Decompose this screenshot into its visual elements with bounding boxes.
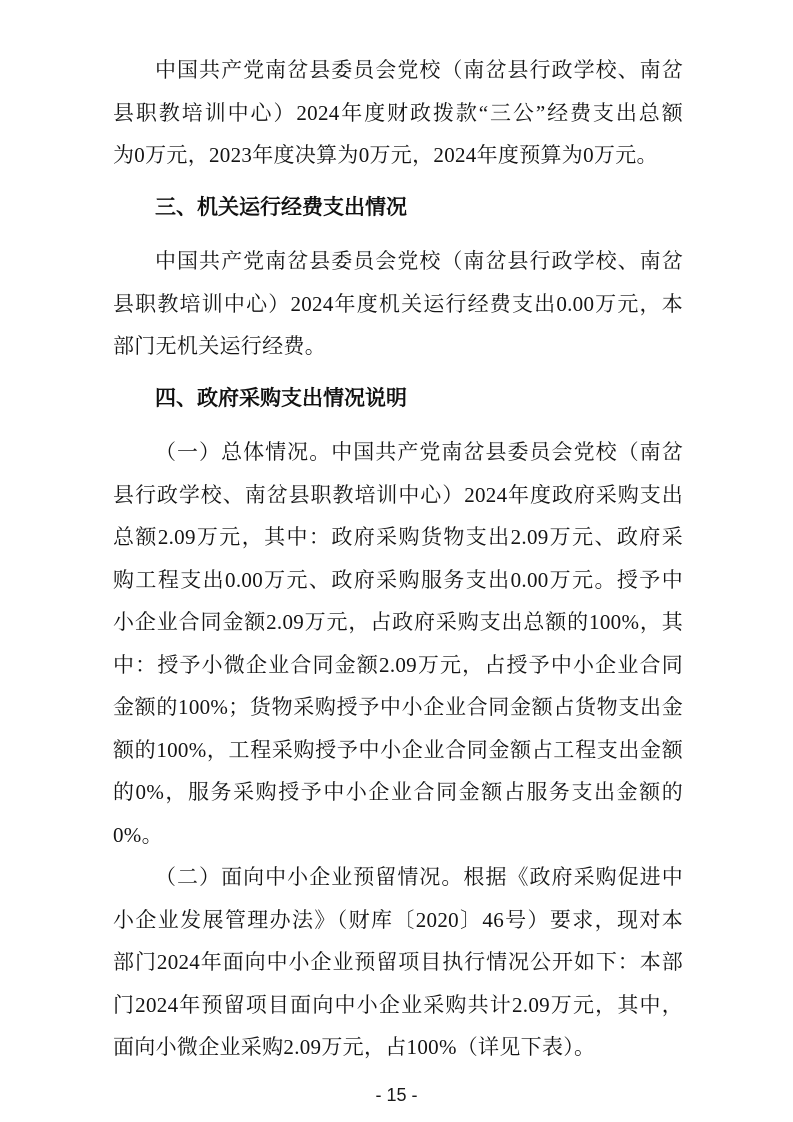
- text-line: 县职教培训中心）2024年度财政拨款“三公”经费支出总额: [113, 92, 683, 135]
- text-line: 中：授予小微企业合同金额2.09万元，占授予中小企业合同: [113, 644, 683, 687]
- text-line: 县职教培训中心）2024年度机关运行经费支出0.00万元，本: [113, 283, 683, 326]
- text-line: 部门无机关运行经费。: [113, 325, 683, 368]
- text-line: 金额的100%；货物采购授予中小企业合同金额占货物支出金: [113, 686, 683, 729]
- document-content: 中国共产党南岔县委员会党校（南岔县行政学校、南岔 县职教培训中心）2024年度财…: [0, 0, 793, 1069]
- text-line: 小企业合同金额2.09万元，占政府采购支出总额的100%，其: [113, 601, 683, 644]
- paragraph-sme-reserve: （二）面向中小企业预留情况。根据《政府采购促进中 小企业发展管理办法》（财库〔2…: [113, 856, 683, 1069]
- text-line: 额的100%，工程采购授予中小企业合同金额占工程支出金额: [113, 729, 683, 772]
- text-line: 总额2.09万元，其中：政府采购货物支出2.09万元、政府采: [113, 516, 683, 559]
- section-heading-3-operating-expenses: 三、机关运行经费支出情况: [113, 187, 683, 230]
- text-line: 购工程支出0.00万元、政府采购服务支出0.00万元。授予中: [113, 559, 683, 602]
- text-line: 的0%，服务采购授予中小企业合同金额占服务支出金额的: [113, 771, 683, 814]
- paragraph-sangong-expenses: 中国共产党南岔县委员会党校（南岔县行政学校、南岔 县职教培训中心）2024年度财…: [113, 49, 683, 177]
- text-line: 面向小微企业采购2.09万元，占100%（详见下表）。: [113, 1026, 683, 1069]
- text-line: 中国共产党南岔县委员会党校（南岔县行政学校、南岔: [113, 49, 683, 92]
- text-line: 0%。: [113, 814, 683, 857]
- text-line: 部门2024年面向中小企业预留项目执行情况公开如下：本部: [113, 941, 683, 984]
- text-line: （二）面向中小企业预留情况。根据《政府采购促进中: [113, 856, 683, 899]
- document-page: 中国共产党南岔县委员会党校（南岔县行政学校、南岔 县职教培训中心）2024年度财…: [0, 0, 793, 1122]
- paragraph-operating-expenses: 中国共产党南岔县委员会党校（南岔县行政学校、南岔 县职教培训中心）2024年度机…: [113, 240, 683, 368]
- text-line: （一）总体情况。中国共产党南岔县委员会党校（南岔: [113, 431, 683, 474]
- text-line: 县行政学校、南岔县职教培训中心）2024年度政府采购支出: [113, 474, 683, 517]
- text-line: 小企业发展管理办法》（财库〔2020〕46号）要求，现对本: [113, 899, 683, 942]
- paragraph-procurement-overview: （一）总体情况。中国共产党南岔县委员会党校（南岔 县行政学校、南岔县职教培训中心…: [113, 431, 683, 856]
- text-line: 中国共产党南岔县委员会党校（南岔县行政学校、南岔: [113, 240, 683, 283]
- section-heading-4-procurement: 四、政府采购支出情况说明: [113, 378, 683, 421]
- text-line: 门2024年预留项目面向中小企业采购共计2.09万元，其中，: [113, 984, 683, 1027]
- page-number: - 15 -: [0, 1083, 793, 1107]
- text-line: 为0万元，2023年度决算为0万元，2024年度预算为0万元。: [113, 134, 683, 177]
